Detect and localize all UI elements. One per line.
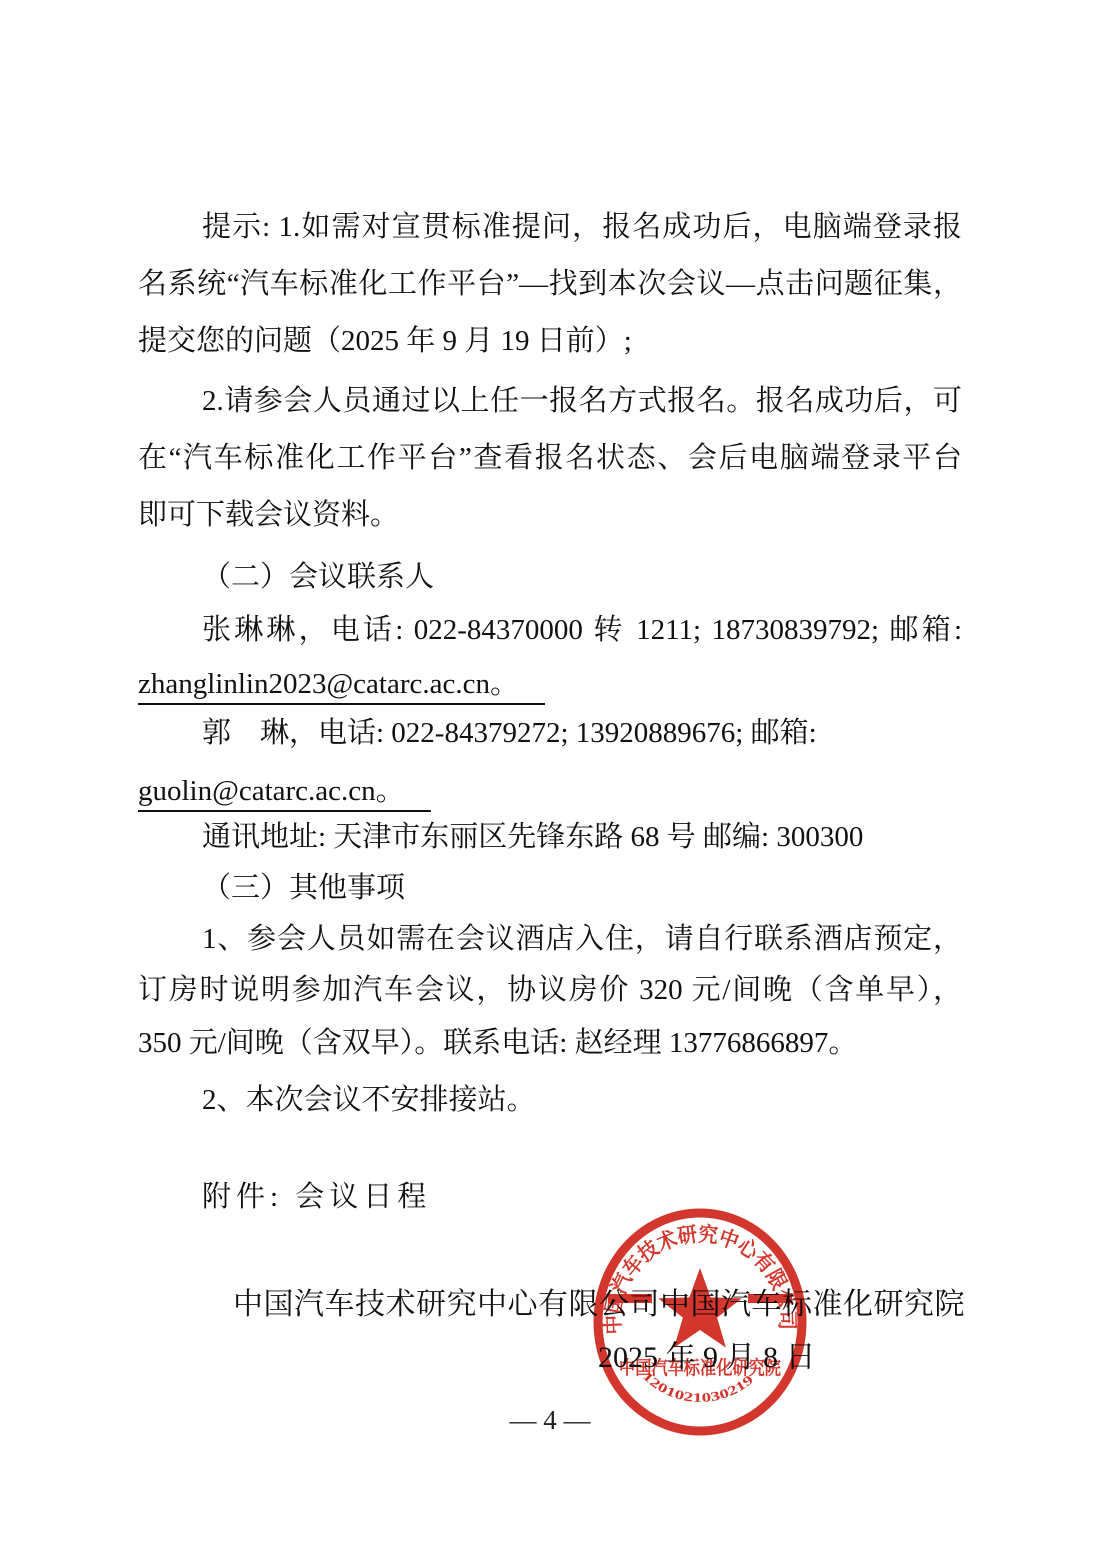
body-line: 1、参会人员如需在会议酒店入住，请自行联系酒店预定， bbox=[138, 917, 962, 961]
attachment-line: 附件: 会议日程 bbox=[138, 1175, 962, 1219]
body-line: 2.请参会人员通过以上任一报名方式报名。报名成功后，可 bbox=[138, 379, 962, 423]
email-underline: zhanglinlin2023@catarc.ac.cn。 bbox=[138, 665, 545, 705]
email-guolin: guolin@catarc.ac.cn。 bbox=[138, 769, 962, 813]
star-icon bbox=[658, 1268, 742, 1348]
mailing-address-line: 通讯地址: 天津市东丽区先锋东路 68 号 邮编: 300300 bbox=[138, 815, 962, 859]
body-line: 订房时说明参加汽车会议，协议房价 320 元/间晚（含单早）， bbox=[138, 968, 962, 1012]
body-line: 2、本次会议不安排接站。 bbox=[138, 1078, 962, 1122]
official-seal: 中国汽车技术研究中心有限公司 中国汽车标准化研究院 1201021030219 bbox=[580, 1197, 820, 1447]
contact-line-zhanglinlin: 张琳琳，电话: 022-84370000 转 1211; 18730839792… bbox=[138, 608, 962, 652]
contact-line-guolin: 郭 琳，电话: 022-84379272; 13920889676; 邮箱: bbox=[138, 711, 962, 755]
email-underline: guolin@catarc.ac.cn。 bbox=[138, 772, 431, 812]
email-zhanglinlin: zhanglinlin2023@catarc.ac.cn。 bbox=[138, 662, 962, 706]
body-line: 名系统“汽车标准化工作平台”—找到本次会议—点击问题征集， bbox=[138, 262, 962, 306]
body-line: 提示: 1.如需对宣贯标准提问，报名成功后，电脑端登录报 bbox=[138, 205, 962, 249]
body-line: 提交您的问题（2025 年 9 月 19 日前）; bbox=[138, 319, 962, 363]
section-heading-other: （三）其他事项 bbox=[138, 866, 962, 910]
document-page: 提示: 1.如需对宣贯标准提问，报名成功后，电脑端登录报 名系统“汽车标准化工作… bbox=[0, 0, 1102, 1559]
page-number: — 4 — bbox=[138, 1398, 962, 1442]
body-line: 在“汽车标准化工作平台”查看报名状态、会后电脑端登录平台 bbox=[138, 436, 962, 480]
body-line: 即可下载会议资料。 bbox=[138, 493, 962, 537]
section-heading-contacts: （二）会议联系人 bbox=[138, 555, 962, 599]
body-line: 350 元/间晚（含双早）。联系电话: 赵经理 13776866897。 bbox=[138, 1021, 962, 1065]
star-left-bar-icon bbox=[608, 1294, 652, 1303]
star-right-bar-icon bbox=[748, 1294, 792, 1303]
